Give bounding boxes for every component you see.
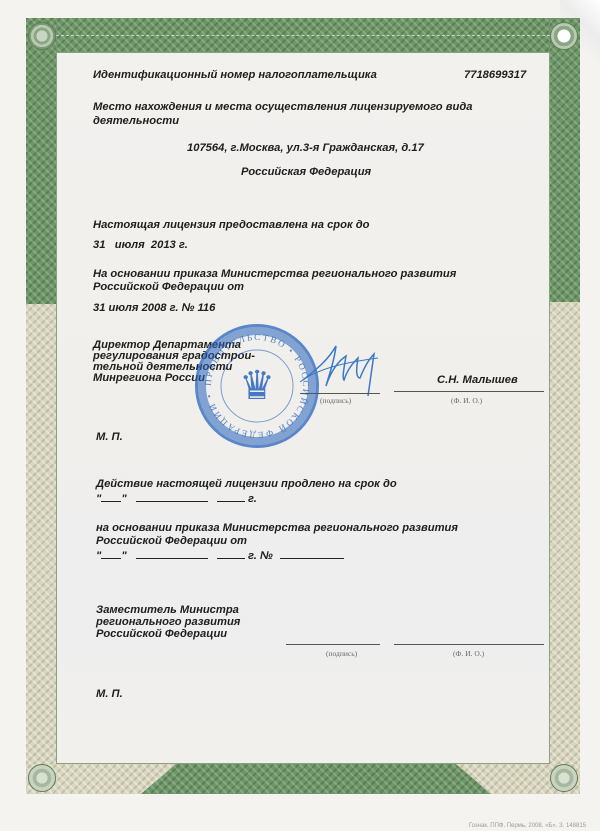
basis-line2: Российской Федерации от [93,281,244,294]
deputy-signature-line[interactable] [286,644,380,645]
deputy-name-caption: (Ф. И. О.) [453,649,484,658]
deputy-title-line3: Российской Федерации [96,629,227,640]
extension-label: Действие настоящей лицензии продлено на … [96,478,397,491]
name-caption: (Ф. И. О.) [451,396,482,405]
month-blank[interactable] [136,491,208,502]
location-label-line2: деятельности [93,115,179,128]
signature-line [300,393,380,394]
location-label-line1: Место нахождения и места осуществления л… [93,101,472,114]
corner-rosette-icon [550,764,578,792]
border-left-green [26,18,56,304]
corner-rosette-icon [28,22,56,50]
deputy-title-line1: Заместитель Министра [96,605,239,616]
year-blank[interactable] [217,491,245,502]
day-blank[interactable] [101,491,121,502]
location-country: Российская Федерация [241,166,371,179]
border-left-beige [26,304,56,794]
border-right-beige [550,302,580,794]
day-blank[interactable] [101,548,121,559]
extension-basis-line1: на основании приказа Министерства регион… [96,522,458,535]
signature-caption: (подпись) [320,396,351,405]
border-dash-line [56,35,550,36]
border-right-green [550,18,580,302]
location-address: 107564, г.Москва, ул.3-я Гражданская, д.… [187,142,424,155]
signatory-title-line4: Минрегиона России [93,373,205,384]
basis-line1: На основании приказа Министерства регион… [93,268,456,281]
year-blank[interactable] [217,548,245,559]
signature-mark [298,338,388,398]
inn-value: 7718699317 [464,69,526,82]
validity-date: 31 июля 2013 г. [93,239,188,252]
validity-label: Настоящая лицензия предоставлена на срок… [93,219,370,232]
punch-hole-icon [550,22,578,50]
seal-place-mark-2: М. П. [96,688,123,701]
name-line [394,391,544,392]
border-bottom-green [141,764,491,794]
deputy-name-line[interactable] [394,644,544,645]
extension-order-blank: "" г. № [96,548,344,563]
order-number-blank[interactable] [280,548,344,559]
corner-rosette-icon [28,764,56,792]
deputy-title-line2: регионального развития [96,617,240,628]
print-footer: Гознак. ППФ. Пермь, 2008. «Б». З. 148815 [469,823,586,829]
double-headed-eagle-icon: ♛ [236,363,278,409]
extension-date-blank: "" г. [96,491,257,506]
seal-place-mark-1: М. П. [96,431,123,444]
deputy-signature-caption: (подпись) [326,649,357,658]
inn-label: Идентификационный номер налогоплательщик… [93,69,377,82]
basis-order: 31 июля 2008 г. № 116 [93,302,215,315]
month-blank[interactable] [136,548,208,559]
signatory-name: С.Н. Малышев [437,374,518,387]
extension-basis-line2: Российской Федерации от [96,535,247,548]
